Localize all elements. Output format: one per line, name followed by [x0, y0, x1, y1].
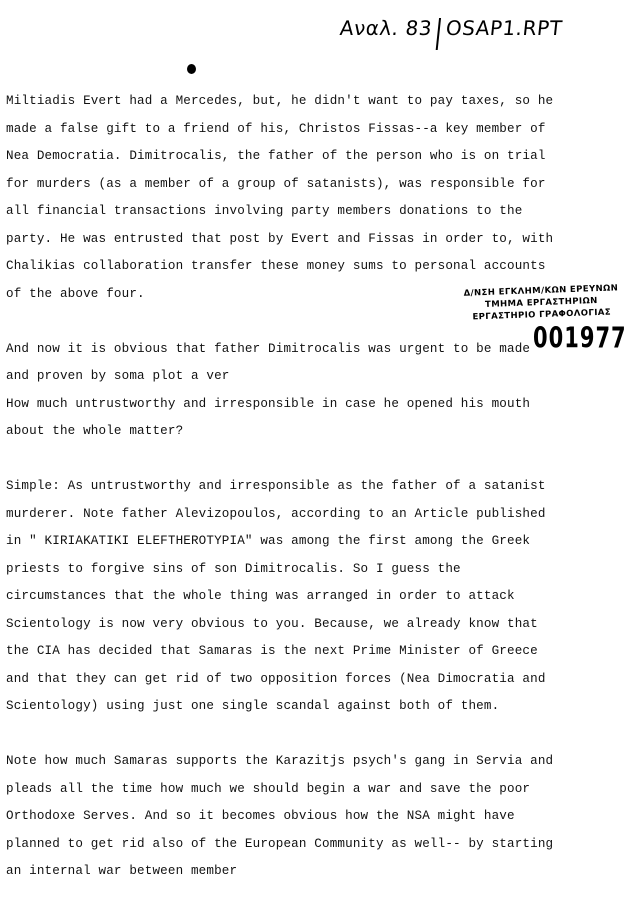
text-line: the CIA has decided that Samaras is the …: [6, 638, 626, 666]
handwritten-file-reference: Αναλ. 83 OSAP1.RPT: [338, 12, 564, 44]
text-line: party. He was entrusted that post by Eve…: [6, 226, 626, 254]
paragraph-4: Note how much Samaras supports the Karaz…: [6, 748, 626, 886]
agency-stamp: Δ/ΝΣΗ ΕΓΚΛΗΜ/ΚΩΝ ΕΡΕΥΝΩΝ ΤΜΗΜΑ ΕΡΓΑΣΤΗΡΙ…: [463, 282, 619, 323]
text-line: pleads all the time how much we should b…: [6, 776, 626, 804]
text-line: Chalikias collaboration transfer these m…: [6, 253, 626, 281]
text-line: made a false gift to a friend of his, Ch…: [6, 116, 626, 144]
text-line: for murders (as a member of a group of s…: [6, 171, 626, 199]
text-line: about the whole matter?: [6, 418, 626, 446]
text-line: Scientology is now very obvious to you. …: [6, 611, 626, 639]
text-line: and proven by soma plot a ver: [6, 363, 626, 391]
paragraph-spacer: [6, 446, 626, 474]
text-line: planned to get rid also of the European …: [6, 831, 626, 859]
paragraph-1: Miltiadis Evert had a Mercedes, but, he …: [6, 88, 626, 308]
text-line: murderer. Note father Alevizopoulos, acc…: [6, 501, 626, 529]
paragraph-spacer: [6, 721, 626, 749]
divider: [436, 18, 441, 50]
ink-spot-mark: [187, 64, 196, 74]
text-line: Note how much Samaras supports the Karaz…: [6, 748, 626, 776]
text-line: priests to forgive sins of son Dimitroca…: [6, 556, 626, 584]
text-line: How much untrustworthy and irresponsible…: [6, 391, 626, 419]
text-line: all financial transactions involving par…: [6, 198, 626, 226]
file-name: OSAP1.RPT: [445, 16, 564, 40]
text-line: an internal war between member: [6, 858, 626, 886]
text-line: Miltiadis Evert had a Mercedes, but, he …: [6, 88, 626, 116]
paragraph-3: Simple: As untrustworthy and irresponsib…: [6, 473, 626, 721]
text-line: Orthodoxe Serves. And so it becomes obvi…: [6, 803, 626, 831]
text-line: in " KIRIAKATIKI ELEFTHEROTYPIA" was amo…: [6, 528, 626, 556]
text-line: and that they can get rid of two opposit…: [6, 666, 626, 694]
text-line: circumstances that the whole thing was a…: [6, 583, 626, 611]
text-line: Simple: As untrustworthy and irresponsib…: [6, 473, 626, 501]
text-line: Nea Democratia. Dimitrocalis, the father…: [6, 143, 626, 171]
stamp-serial-number: 001977: [533, 322, 627, 354]
text-line: Scientology) using just one single scand…: [6, 693, 626, 721]
handwritten-ref: Αναλ. 83: [339, 16, 434, 40]
document-body: Miltiadis Evert had a Mercedes, but, he …: [6, 88, 626, 886]
